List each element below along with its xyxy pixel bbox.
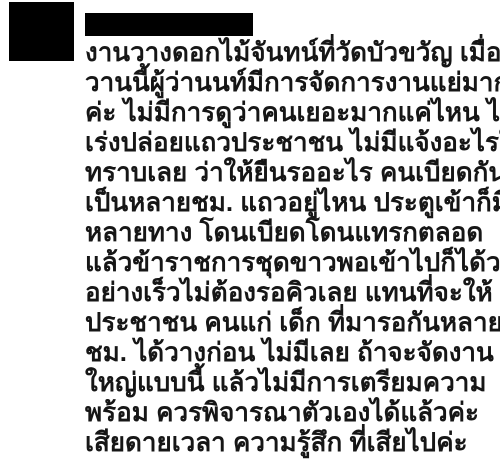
author-name-redacted-bar bbox=[85, 13, 253, 36]
post-text-line: ทราบเลย ว่าให้ยืนรออะไร คนเบียดกัน bbox=[85, 157, 491, 187]
post-text-line: งานวางดอกไม้จันทน์ที่วัดบัวขวัญ เมื่อ bbox=[85, 37, 491, 67]
post-text-line: ใหญ่แบบนี้ แล้วไม่มีการเตรียมความ bbox=[85, 367, 491, 397]
post-text-line: เร่งปล่อยแถวประชาชน ไม่มีแจ้งอะไรให้ bbox=[85, 127, 491, 157]
avatar-redacted-box bbox=[9, 2, 74, 61]
post-text-line: เป็นหลายชม. แถวอยู่ไหน ประตูเข้าก็มี bbox=[85, 187, 491, 217]
post-text-line: แล้วข้าราชการชุดขาวพอเข้าไปก็ได้วาง bbox=[85, 247, 491, 277]
post-text-line: อย่างเร็วไม่ต้องรอคิวเลย แทนที่จะให้ bbox=[85, 277, 491, 307]
post-text-line: ประชาชน คนแก่ เด็ก ที่มารอกันหลาย bbox=[85, 307, 491, 337]
post-text: งานวางดอกไม้จันทน์ที่วัดบัวขวัญ เมื่อ วา… bbox=[85, 37, 491, 457]
post-text-line: เสียดายเวลา ความรู้สึก ที่เสียไปค่ะ bbox=[85, 427, 491, 457]
post-text-line: ค่ะ ไม่มีการดูว่าคนเยอะมากแค่ไหน ไม่ bbox=[85, 97, 491, 127]
social-post-screenshot: งานวางดอกไม้จันทน์ที่วัดบัวขวัญ เมื่อ วา… bbox=[0, 0, 500, 466]
post-text-line: วานนี้ผู้ว่านนท์มีการจัดการงานแย่มาก bbox=[85, 67, 491, 97]
post-text-line: ชม. ได้วางก่อน ไม่มีเลย ถ้าจะจัดงาน bbox=[85, 337, 491, 367]
post-text-line: หลายทาง โดนเบียดโดนแทรกตลอด bbox=[85, 217, 491, 247]
post-text-line: พร้อม ควรพิจารณาตัวเองได้แล้วค่ะ bbox=[85, 397, 491, 427]
